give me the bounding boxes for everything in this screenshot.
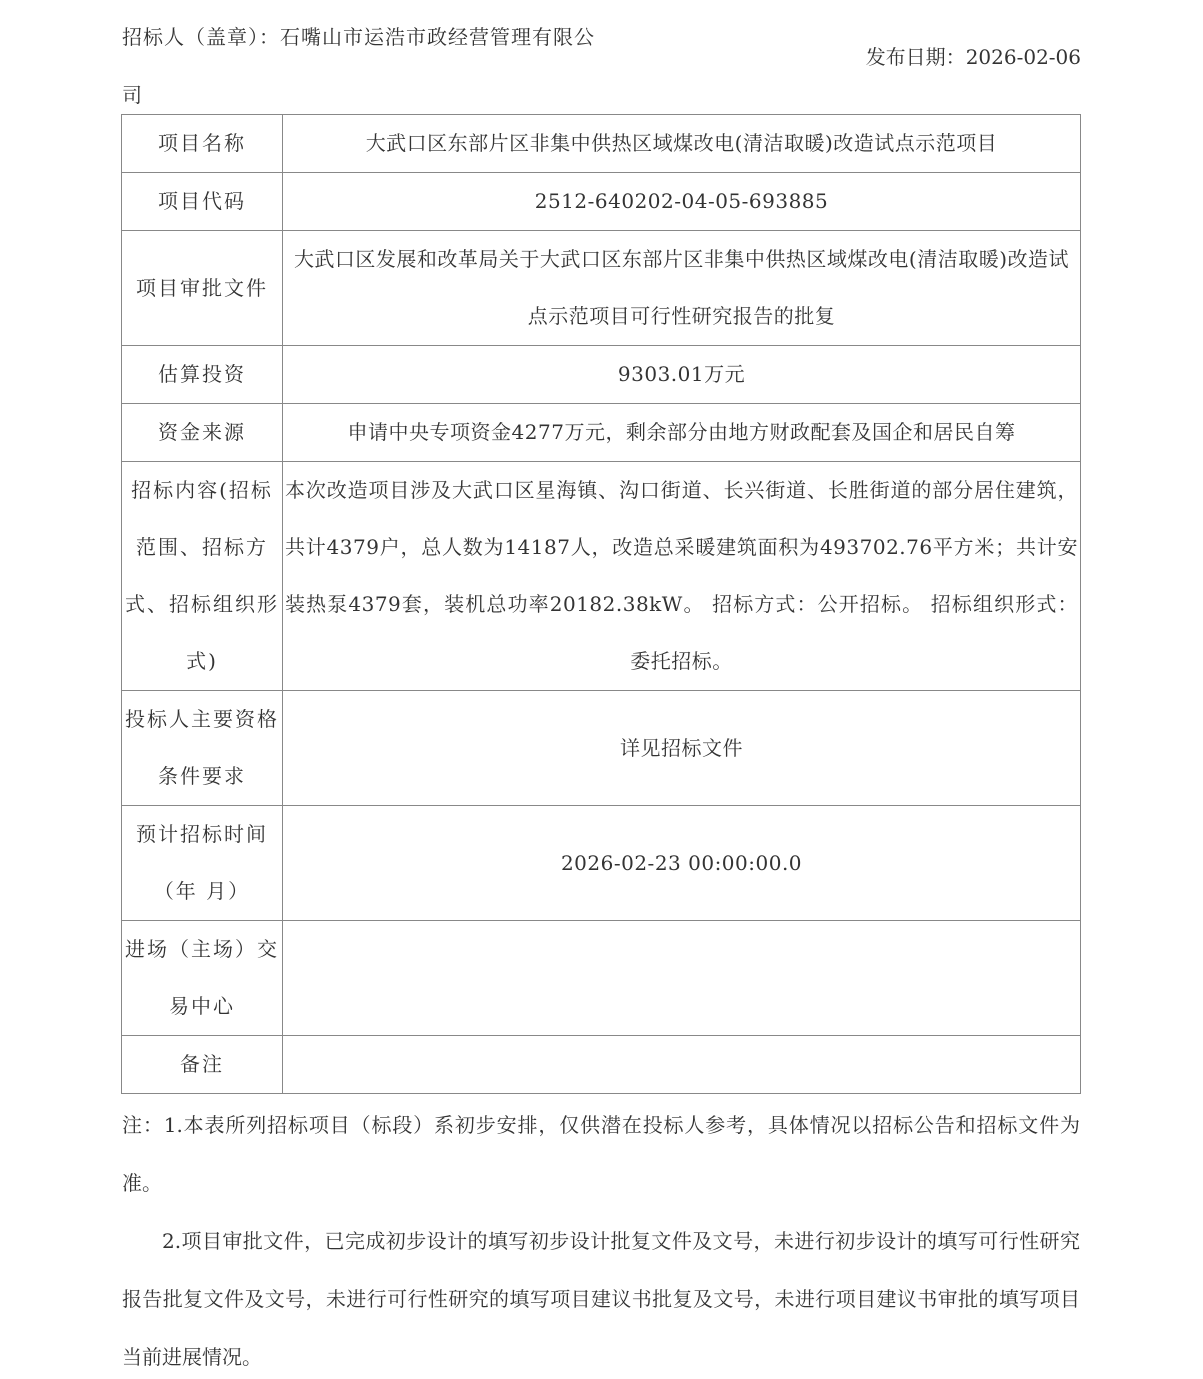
row-value: 本次改造项目涉及大武口区星海镇、沟口街道、长兴街道、长胜街道的部分居住建筑，共计…: [283, 462, 1081, 691]
row-label: 备注: [122, 1036, 283, 1094]
tenderer-label: 招标人（盖章）：: [122, 25, 280, 49]
row-value: 详见招标文件: [283, 691, 1081, 806]
table-row: 项目名称 大武口区东部片区非集中供热区域煤改电(清洁取暖)改造试点示范项目: [122, 115, 1081, 173]
publish-date: 2026-02-06: [966, 45, 1081, 69]
table-row: 备注: [122, 1036, 1081, 1094]
table-row: 进场（主场）交易中心: [122, 921, 1081, 1036]
table-row: 投标人主要资格条件要求 详见招标文件: [122, 691, 1081, 806]
tenderer-line: 招标人（盖章）：石嘴山市运浩市政经营管理有限公司: [122, 8, 602, 124]
project-info-table: 项目名称 大武口区东部片区非集中供热区域煤改电(清洁取暖)改造试点示范项目 项目…: [121, 114, 1081, 1094]
row-value: 申请中央专项资金4277万元，剩余部分由地方财政配套及国企和居民自筹: [283, 404, 1081, 462]
row-label: 招标内容(招标范围、招标方式、招标组织形式): [122, 462, 283, 691]
row-label: 预计招标时间（年 月）: [122, 806, 283, 921]
row-label: 项目代码: [122, 173, 283, 231]
table-row: 资金来源 申请中央专项资金4277万元，剩余部分由地方财政配套及国企和居民自筹: [122, 404, 1081, 462]
table-row: 预计招标时间（年 月） 2026-02-23 00:00:00.0: [122, 806, 1081, 921]
row-value: 大武口区东部片区非集中供热区域煤改电(清洁取暖)改造试点示范项目: [283, 115, 1081, 173]
row-value: [283, 1036, 1081, 1094]
row-value: 2026-02-23 00:00:00.0: [283, 806, 1081, 921]
table-row: 项目审批文件 大武口区发展和改革局关于大武口区东部片区非集中供热区域煤改电(清洁…: [122, 231, 1081, 346]
notes-section: 注：1.本表所列招标项目（标段）系初步安排，仅供潜在投标人参考，具体情况以招标公…: [122, 1096, 1080, 1379]
row-label: 投标人主要资格条件要求: [122, 691, 283, 806]
publish-date-label: 发布日期：: [866, 45, 966, 69]
row-label: 项目名称: [122, 115, 283, 173]
row-value: 大武口区发展和改革局关于大武口区东部片区非集中供热区域煤改电(清洁取暖)改造试点…: [283, 231, 1081, 346]
row-label: 进场（主场）交易中心: [122, 921, 283, 1036]
note-2: 2.项目审批文件，已完成初步设计的填写初步设计批复文件及文号，未进行初步设计的填…: [122, 1212, 1080, 1379]
row-label: 项目审批文件: [122, 231, 283, 346]
table-row: 招标内容(招标范围、招标方式、招标组织形式) 本次改造项目涉及大武口区星海镇、沟…: [122, 462, 1081, 691]
note-1: 注：1.本表所列招标项目（标段）系初步安排，仅供潜在投标人参考，具体情况以招标公…: [122, 1096, 1080, 1212]
publish-date-line: 发布日期：2026-02-06: [866, 28, 1081, 86]
row-value: 9303.01万元: [283, 346, 1081, 404]
table-row: 估算投资 9303.01万元: [122, 346, 1081, 404]
row-label: 估算投资: [122, 346, 283, 404]
row-label: 资金来源: [122, 404, 283, 462]
table-row: 项目代码 2512-640202-04-05-693885: [122, 173, 1081, 231]
row-value: 2512-640202-04-05-693885: [283, 173, 1081, 231]
row-value: [283, 921, 1081, 1036]
